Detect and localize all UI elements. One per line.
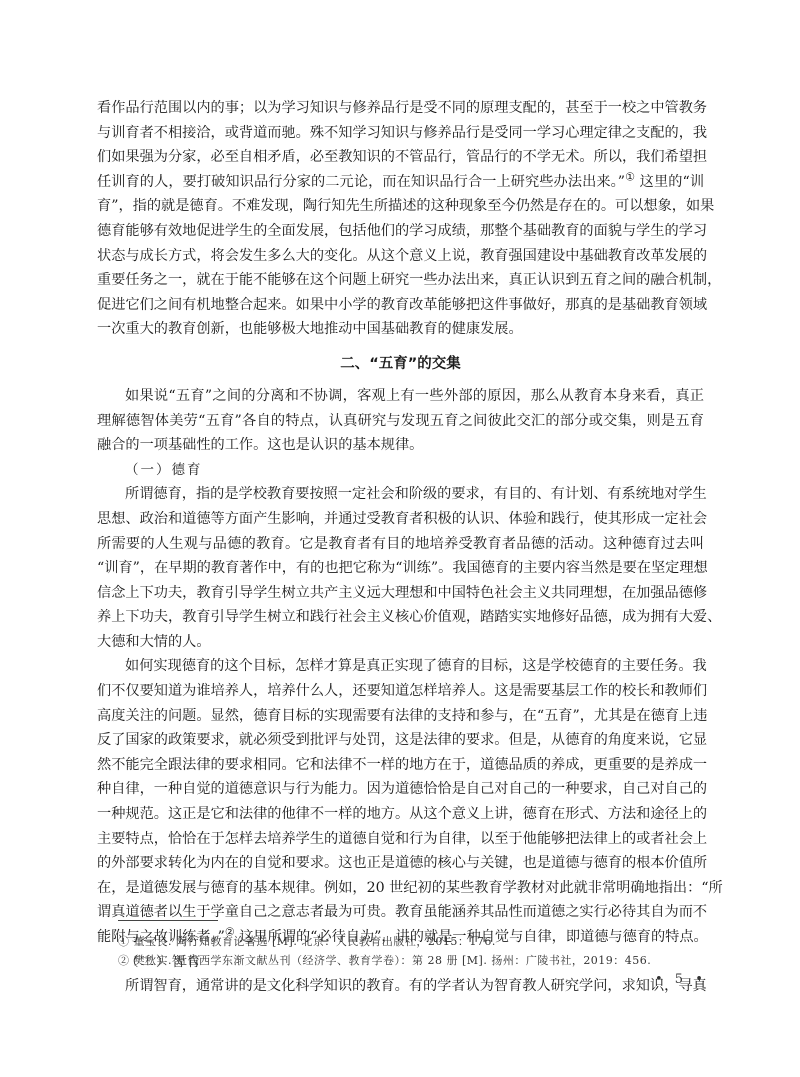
text-line: 信念上下功夫，教育引导学生树立共产主义远大理想和中国特色社会主义共同理想，在加强… <box>97 581 704 606</box>
text-line: 思想、政治和道德等方面产生影响，并通过受教育者积极的认识、体验和践行，使其形成一… <box>97 507 704 532</box>
text-line: 们如果强为分家，必至自相矛盾，必至教知识的不管品行，管品行的不学无术。所以，我们… <box>97 145 704 170</box>
paragraph: 如何实现德育的这个目标，怎样才算是真正实现了德育的目标，这是学校德育的主要任务。… <box>97 654 704 949</box>
text-line: 如果说“五育”之间的分离和不协调，客观上有一些外部的原因，那么从教育本身来看，真… <box>97 384 704 409</box>
paragraph: 如果说“五育”之间的分离和不协调，客观上有一些外部的原因，那么从教育本身来看，真… <box>97 384 704 458</box>
text-line: 融合的一项基础性的工作。这也是认识的基本规律。 <box>97 433 704 458</box>
text-segment: 这里的“训 <box>635 174 704 190</box>
text-line: 一次重大的教育创新，也能够极大地推动中国基础教育的健康发展。 <box>97 317 704 342</box>
text-line: 们不仅要知道为谁培养人，培养什么人，还要知道怎样培养人。这是需要基层工作的校长和… <box>97 679 704 704</box>
text-line: 种自律，一种自觉的道德意识与行为能力。因为道德恰恰是自己对自己的一种要求，自己对… <box>97 777 704 802</box>
text-line: 在，是道德发展与德育的基本规律。例如，20 世纪初的某些教育学教材对此就非常明确… <box>97 876 704 901</box>
text-line: 谓真道德者以生于学童自己之意志者最为可贵。教育虽能涵养其品性而道德之实行必待其自… <box>97 900 704 925</box>
text-line-with-footnote: 任训育的人，要打破知识品行分家的二元论，而在知识品行合一上研究些办法出来。”① … <box>97 170 704 195</box>
page-number: • 5 • <box>655 972 707 987</box>
footnote-2: ② 樊秋实. 近代西学东渐文献丛刊（经济学、教育学卷）：第 28 册 [M]. … <box>118 951 708 970</box>
paragraph: 所谓智育，通常讲的是文化科学知识的教育。有的学者认为智育教人研究学问，求知识，寻… <box>97 974 704 999</box>
footnotes: ① 董宝良. 陶行知教育论著选 [M]. 北京：人民教育出版社，2015：176… <box>118 932 708 970</box>
footnote-ref-1[interactable]: ① <box>625 170 635 183</box>
text-line: 所谓德育，指的是学校教育要按照一定社会和阶级的要求，有目的、有计划、有系统地对学… <box>97 482 704 507</box>
text-line: 看作品行范围以内的事；以为学习知识与修养品行是受不同的原理支配的，甚至于一校之中… <box>97 96 704 121</box>
text-line: 所需要的人生观与品德的教育。它是教育者有目的地培养受教育者品德的活动。这种德育过… <box>97 532 704 557</box>
page-body: 看作品行范围以内的事；以为学习知识与修养品行是受不同的原理支配的，甚至于一校之中… <box>97 96 704 999</box>
text-line: 与训育者不相接洽，或背道而驰。殊不知学习知识与修养品行是受同一学习心理定律之支配… <box>97 121 704 146</box>
paragraph-continuation: 看作品行范围以内的事；以为学习知识与修养品行是受不同的原理支配的，甚至于一校之中… <box>97 96 704 342</box>
text-line: 反了国家的政策要求，就必须受到批评与处罚，这是法律的要求。但是，从德育的角度来说… <box>97 728 704 753</box>
text-line: 的外部要求转化为内在的自觉和要求。这也正是道德的核心与关键，也是道德与德育的根本… <box>97 851 704 876</box>
text-line: 育”，指的就是德育。不难发现，陶行知先生所描述的这种现象至今仍然是存在的。可以想… <box>97 194 704 219</box>
text-segment: 任训育的人，要打破知识品行分家的二元论，而在知识品行合一上研究些办法出来。” <box>97 174 625 190</box>
footnote-1: ① 董宝良. 陶行知教育论著选 [M]. 北京：人民教育出版社，2015：176… <box>118 932 708 951</box>
text-line: 主要特点，恰恰在于怎样去培养学生的道德自觉和行为自律，以至于他能够把法律上的或者… <box>97 827 704 852</box>
text-line: 状态与成长方式，将会发生多么大的变化。从这个意义上说，教育强国建设中基础教育改革… <box>97 244 704 269</box>
subheading-moral-education: （一）德育 <box>97 458 704 483</box>
footnote-divider <box>118 920 218 921</box>
text-line: 重要任务之一，就在于能不能够在这个问题上研究一些办法出来，真正认识到五育之间的融… <box>97 268 704 293</box>
text-line: 养上下功夫，教育引导学生树立和践行社会主义核心价值观，踏踏实实地修好品德，成为拥… <box>97 605 704 630</box>
text-line: 如何实现德育的这个目标，怎样才算是真正实现了德育的目标，这是学校德育的主要任务。… <box>97 654 704 679</box>
text-line: 促进它们之间有机地整合起来。如果中小学的教育改革能够把这件事做好，那真的是基础教… <box>97 293 704 318</box>
text-line: 高度关注的问题。显然，德育目标的实现需要有法律的支持和参与，在“五育”，尤其是在… <box>97 704 704 729</box>
section-heading: 二、“五育”的交集 <box>97 346 704 382</box>
text-line: 德育能够有效地促进学生的全面发展，包括他们的学习成绩，那整个基础教育的面貌与学生… <box>97 219 704 244</box>
text-line: 然不能完全跟法律的要求相同。它和法律不一样的地方在于，道德品质的养成，更重要的是… <box>97 753 704 778</box>
text-line: 大德和大情的人。 <box>97 630 704 655</box>
text-line: 所谓智育，通常讲的是文化科学知识的教育。有的学者认为智育教人研究学问，求知识，寻… <box>97 974 704 999</box>
paragraph: 所谓德育，指的是学校教育要按照一定社会和阶级的要求，有目的、有计划、有系统地对学… <box>97 482 704 654</box>
text-line: 一种规范。这正是它和法律的他律不一样的地方。从这个意义上讲，德育在形式、方法和途… <box>97 802 704 827</box>
text-line: 理解德智体美劳“五育”各自的特点，认真研究与发现五育之间彼此交汇的部分或交集，则… <box>97 409 704 434</box>
text-line: “训育”，在早期的教育著作中，有的也把它称为“训练”。我国德育的主要内容当然是要… <box>97 556 704 581</box>
